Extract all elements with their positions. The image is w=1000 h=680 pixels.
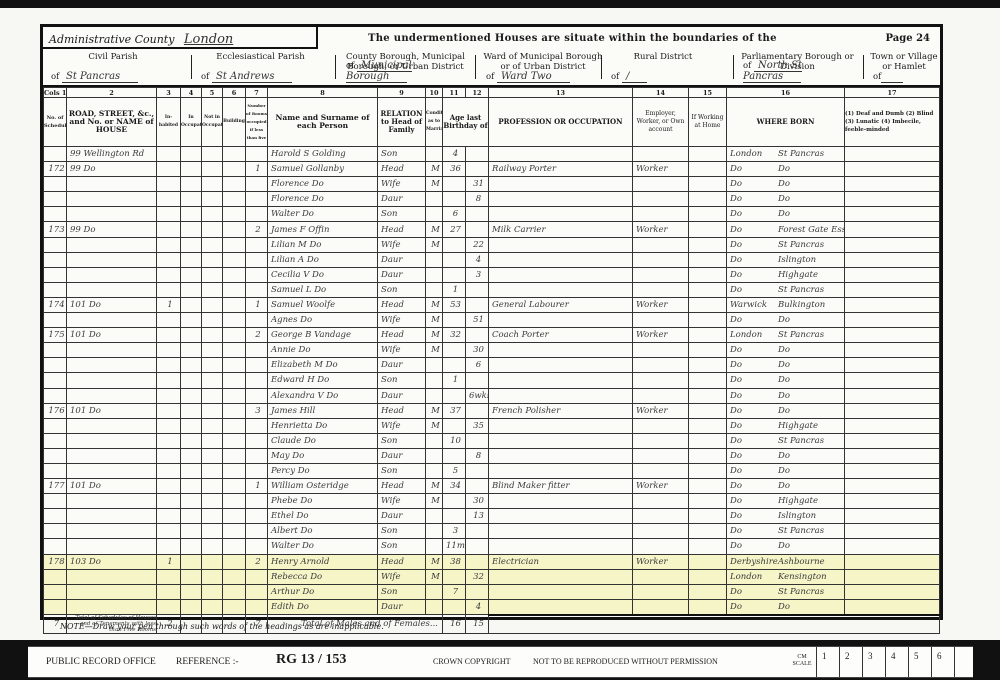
cell-occ [489,433,633,448]
cell-where-born: DoDo [727,599,845,615]
cell-address [67,433,157,448]
cell-sched: 174 [44,297,67,312]
cell-male: 7 [443,584,466,599]
table-row: 17399 Do2James F OffinHeadM27Milk Carrie… [44,222,940,237]
cell-sched [44,509,67,524]
cell-male [443,418,466,433]
cell-address: 99 Do [67,222,157,237]
table-row: Rebecca DoWifeM32LondonKensington [44,569,940,584]
cell-inhab [157,267,181,282]
cell-emp: Worker [633,328,689,343]
reference-number: RG 13 / 153 [276,652,346,668]
cell-female [466,539,489,554]
cell-name: William Osteridge [268,479,378,494]
cell-cond: M [426,343,443,358]
cell-sched [44,282,67,297]
cell-male: 27 [443,222,466,237]
ecclesiastical-parish: Ecclesiastical Parishof St Andrews [193,49,328,85]
table-row: Claude DoSon10DoSt Pancras [44,433,940,448]
cell-emp [633,524,689,539]
cell-inhab [157,539,181,554]
instruction-note: NOTE—Draw your pen through such words of… [60,622,384,631]
cell-inhab [157,207,181,222]
cell-male [443,388,466,403]
cell-where-born: DoDo [727,162,845,177]
cell-inhab [157,222,181,237]
cell-rel: Head [378,297,426,312]
cell-female [466,554,489,569]
cell-inhab [157,237,181,252]
cell-inhab [157,373,181,388]
cell-female: 6 [466,358,489,373]
cell-sched [44,147,67,162]
cell-where-born: DoDo [727,343,845,358]
cell-male: 4 [443,147,466,162]
cell-address [67,192,157,207]
cell-male [443,313,466,328]
cell-name: Alexandra V Do [268,388,378,403]
header-working-home: If Working at Home [689,98,727,147]
cell-occ [489,494,633,509]
cell-rooms: 2 [246,222,268,237]
cell-rel: Wife [378,237,426,252]
header-age: Age last Birthday of [443,98,489,147]
cell-where-born: DerbyshireAshbourne [727,554,845,569]
cell-rooms [246,207,268,222]
office-label: PUBLIC RECORD OFFICE [46,657,156,667]
cell-occ: Electrician [489,554,633,569]
cell-occ [489,599,633,615]
cell-emp [633,313,689,328]
census-table: Cols 1234567891011121314151617 No. of Sc… [43,87,940,634]
cell-name: Florence Do [268,192,378,207]
cell-name: Ethel Do [268,509,378,524]
cell-female: 51 [466,313,489,328]
cell-sched [44,494,67,509]
header-in-occupation: In Occupation [181,98,202,147]
cell-cond [426,252,443,267]
table-row: Florence DoDaur8DoDo [44,192,940,207]
cell-where-born: DoDo [727,403,845,418]
cell-female [466,584,489,599]
cell-emp [633,147,689,162]
table-row: 176101 Do3James HillHeadM37French Polish… [44,403,940,418]
cell-sched [44,358,67,373]
cell-inhab [157,463,181,478]
cell-rooms [246,358,268,373]
reference-label: REFERENCE :- [176,657,239,667]
cell-where-born: DoSt Pancras [727,237,845,252]
cell-rooms [246,418,268,433]
cell-where-born: DoSt Pancras [727,282,845,297]
cell-where-born: DoDo [727,358,845,373]
cell-name: Lilian A Do [268,252,378,267]
cell-name: James F Offin [268,222,378,237]
cell-occ [489,207,633,222]
header-rooms: Number of Rooms occupied if less than fi… [246,98,268,147]
cell-rel: Wife [378,418,426,433]
total-females: 15 [466,615,489,634]
cell-cond: M [426,418,443,433]
cell-male: 6 [443,207,466,222]
cell-female [466,207,489,222]
census-page: Administrative County London The underme… [0,8,1000,640]
cell-address [67,207,157,222]
cell-name: Phebe Do [268,494,378,509]
cell-address [67,267,157,282]
cell-occ: General Labourer [489,297,633,312]
cell-where-born: DoHighgate [727,267,845,282]
rural-district: Rural Districtof / [603,49,723,85]
cell-name: Arthur Do [268,584,378,599]
cell-inhab [157,524,181,539]
cell-occ [489,524,633,539]
undermentioned-text: The undermentioned Houses are situate wi… [368,33,777,44]
cell-emp [633,358,689,373]
cell-sched [44,599,67,615]
cell-rooms [246,599,268,615]
cell-occ [489,448,633,463]
cell-rooms [246,313,268,328]
cell-rooms [246,584,268,599]
cell-rel: Son [378,463,426,478]
cell-female: 22 [466,237,489,252]
cell-rooms [246,463,268,478]
cell-address [67,509,157,524]
header-name: Name and Surname of each Person [268,98,378,147]
cell-where-born: DoSt Pancras [727,524,845,539]
cell-address: 101 Do [67,328,157,343]
cell-male: 34 [443,479,466,494]
table-row: Walter DoSon6DoDo [44,207,940,222]
cell-name: Samuel L Do [268,282,378,297]
cell-rel: Head [378,554,426,569]
cell-occ [489,313,633,328]
cell-female [466,328,489,343]
cell-male [443,358,466,373]
cell-inhab [157,177,181,192]
cell-female [466,282,489,297]
cell-occ [489,252,633,267]
cell-male: 5 [443,463,466,478]
cell-occ [489,237,633,252]
table-row: Lilian M DoWifeM22DoSt Pancras [44,237,940,252]
cell-name: Edith Do [268,599,378,615]
cell-occ [489,539,633,554]
cell-inhab [157,192,181,207]
cell-male: 1 [443,282,466,297]
cell-sched [44,584,67,599]
cell-cond: M [426,162,443,177]
cell-rel: Wife [378,343,426,358]
cell-inhab: 1 [157,297,181,312]
header-road: ROAD, STREET, &c., and No. or NAME of HO… [67,98,157,147]
cell-where-born: DoForest Gate Essex [727,222,845,237]
cell-where-born: DoDo [727,177,845,192]
cell-rel: Son [378,433,426,448]
cell-where-born: DoDo [727,373,845,388]
cell-occ [489,509,633,524]
cell-address [67,252,157,267]
cell-cond [426,433,443,448]
cell-rooms: 2 [246,328,268,343]
cell-sched [44,524,67,539]
cell-where-born: DoDo [727,448,845,463]
cell-female: 4 [466,599,489,615]
cell-male: 1 [443,373,466,388]
cell-rooms [246,192,268,207]
cell-name: Walter Do [268,207,378,222]
header-occupation: PROFESSION OR OCCUPATION [489,98,633,147]
cell-cond: M [426,177,443,192]
cell-inhab: 1 [157,554,181,569]
cell-occ: French Polisher [489,403,633,418]
cell-male: 37 [443,403,466,418]
cell-cond [426,463,443,478]
cell-rooms [246,569,268,584]
header-inhabited: In-habited [157,98,181,147]
cell-emp [633,388,689,403]
cell-name: James Hill [268,403,378,418]
cell-female: 8 [466,448,489,463]
cell-emp [633,373,689,388]
cell-male: 3 [443,524,466,539]
cell-sched: 177 [44,479,67,494]
cell-emp: Worker [633,297,689,312]
cell-emp [633,192,689,207]
cell-address [67,358,157,373]
cell-emp [633,569,689,584]
cell-female: 30 [466,343,489,358]
cell-occ [489,373,633,388]
cell-female: 6wks [466,388,489,403]
cell-address [67,569,157,584]
cell-sched: 172 [44,162,67,177]
cell-rel: Son [378,373,426,388]
parliamentary-borough: Parliamentary Borough or Divisionof Nort… [735,49,860,85]
cell-address [67,494,157,509]
cell-emp [633,252,689,267]
cell-name: Henrietta Do [268,418,378,433]
cell-cond: M [426,237,443,252]
cell-inhab [157,147,181,162]
cell-address: 99 Wellington Rd [67,147,157,162]
cell-emp: Worker [633,222,689,237]
cell-where-born: DoDo [727,192,845,207]
cell-name: Annie Do [268,343,378,358]
cell-occ [489,358,633,373]
cell-emp [633,509,689,524]
cell-name: Agnes Do [268,313,378,328]
cell-where-born: DoDo [727,463,845,478]
cell-rel: Daur [378,509,426,524]
cell-occ [489,343,633,358]
cell-rooms [246,448,268,463]
cell-female: 30 [466,494,489,509]
cell-inhab [157,252,181,267]
cell-name: George B Vandage [268,328,378,343]
cell-rooms: 1 [246,162,268,177]
cell-rooms [246,433,268,448]
cell-cond [426,599,443,615]
cm-scale: CM SCALE 123456 [788,647,994,677]
cell-address [67,539,157,554]
cell-male [443,494,466,509]
cell-address [67,388,157,403]
cell-rooms [246,494,268,509]
cell-female [466,373,489,388]
cell-rooms [246,539,268,554]
cell-inhab [157,162,181,177]
table-row: Percy DoSon5DoDo [44,463,940,478]
cell-inhab [157,448,181,463]
administrative-county: Administrative County London [43,27,318,49]
cell-sched [44,388,67,403]
cell-female: 4 [466,252,489,267]
cell-inhab [157,358,181,373]
cell-male [443,509,466,524]
cell-rel: Daur [378,252,426,267]
cell-male [443,267,466,282]
cell-occ [489,418,633,433]
cell-name: Albert Do [268,524,378,539]
cell-emp: Worker [633,162,689,177]
cell-address [67,463,157,478]
civil-parish: Civil Parishof St Pancras [43,49,183,85]
cell-sched [44,569,67,584]
cell-address: 101 Do [67,403,157,418]
cell-cond: M [426,297,443,312]
cell-occ [489,267,633,282]
table-row: 175101 Do2George B VandageHeadM32Coach P… [44,328,940,343]
cell-where-born: DoHighgate [727,418,845,433]
cell-inhab [157,509,181,524]
cell-name: Percy Do [268,463,378,478]
cell-name: Lilian M Do [268,237,378,252]
cell-inhab [157,343,181,358]
cell-male: 53 [443,297,466,312]
county-borough: County Borough, Municipal Borough, or Ur… [338,49,473,85]
cell-sched [44,539,67,554]
cell-cond [426,358,443,373]
cell-cond: M [426,554,443,569]
cell-address [67,418,157,433]
cell-where-born: LondonSt Pancras [727,147,845,162]
table-row: Cecilia V DoDaur3DoHighgate [44,267,940,282]
cell-rooms: 1 [246,479,268,494]
cell-where-born: DoIslington [727,509,845,524]
cell-emp [633,177,689,192]
cell-sched [44,448,67,463]
cell-cond [426,388,443,403]
cell-occ: Milk Carrier [489,222,633,237]
cell-name: Elizabeth M Do [268,358,378,373]
cell-female [466,162,489,177]
cell-female [466,147,489,162]
cell-sched [44,207,67,222]
cell-male: 38 [443,554,466,569]
cell-sched [44,177,67,192]
header-condition: Condition as to Marriage [426,98,443,147]
table-row: Edward H DoSon1DoDo [44,373,940,388]
cell-rooms: 2 [246,554,268,569]
cell-address [67,237,157,252]
cell-sched [44,418,67,433]
cell-rel: Wife [378,313,426,328]
table-row: Lilian A DoDaur4DoIslington [44,252,940,267]
cell-sched [44,313,67,328]
cell-cond [426,509,443,524]
cell-female [466,222,489,237]
cell-rel: Son [378,207,426,222]
cell-cond [426,539,443,554]
cell-emp [633,207,689,222]
cell-name: Samuel Gollanby [268,162,378,177]
cell-rel: Son [378,147,426,162]
column-numbers: Cols 1234567891011121314151617 [44,88,940,98]
header-employer: Employer, Worker, or Own account [633,98,689,147]
cell-female [466,403,489,418]
cell-inhab [157,494,181,509]
cell-emp [633,343,689,358]
cell-rel: Daur [378,448,426,463]
cell-inhab [157,403,181,418]
cell-name: Rebecca Do [268,569,378,584]
cell-address: 99 Do [67,162,157,177]
cell-occ [489,388,633,403]
cell-occ [489,569,633,584]
cell-male [443,237,466,252]
table-row: 17299 Do1Samuel GollanbyHeadM36Railway P… [44,162,940,177]
cell-sched [44,373,67,388]
cell-occ [489,147,633,162]
cell-rooms [246,237,268,252]
cell-rooms [246,147,268,162]
cell-sched: 175 [44,328,67,343]
cell-sched: 173 [44,222,67,237]
cell-cond [426,207,443,222]
table-row: 178103 Do12Henry ArnoldHeadM38Electricia… [44,554,940,569]
cell-emp [633,448,689,463]
cell-rel: Head [378,479,426,494]
cell-male [443,599,466,615]
cell-name: Henry Arnold [268,554,378,569]
cell-rel: Wife [378,494,426,509]
cell-occ: Railway Porter [489,162,633,177]
cell-sched [44,433,67,448]
table-row: Ethel DoDaur13DoIslington [44,509,940,524]
cell-address [67,584,157,599]
cell-cond [426,282,443,297]
district-row: Civil Parishof St Pancras Ecclesiastical… [43,49,940,87]
cell-where-born: DoDo [727,539,845,554]
cell-address [67,524,157,539]
cell-rel: Daur [378,192,426,207]
cell-emp [633,599,689,615]
cell-cond [426,192,443,207]
cell-male [443,448,466,463]
cell-cond: M [426,479,443,494]
copyright-label: CROWN COPYRIGHT [433,657,511,666]
census-rows: 99 Wellington RdHarold S GoldingSon4Lond… [44,147,940,615]
cell-occ [489,177,633,192]
cell-inhab [157,584,181,599]
cell-rooms: 3 [246,403,268,418]
cell-rel: Son [378,584,426,599]
cell-male: 10 [443,433,466,448]
cell-address [67,282,157,297]
cell-where-born: DoDo [727,388,845,403]
